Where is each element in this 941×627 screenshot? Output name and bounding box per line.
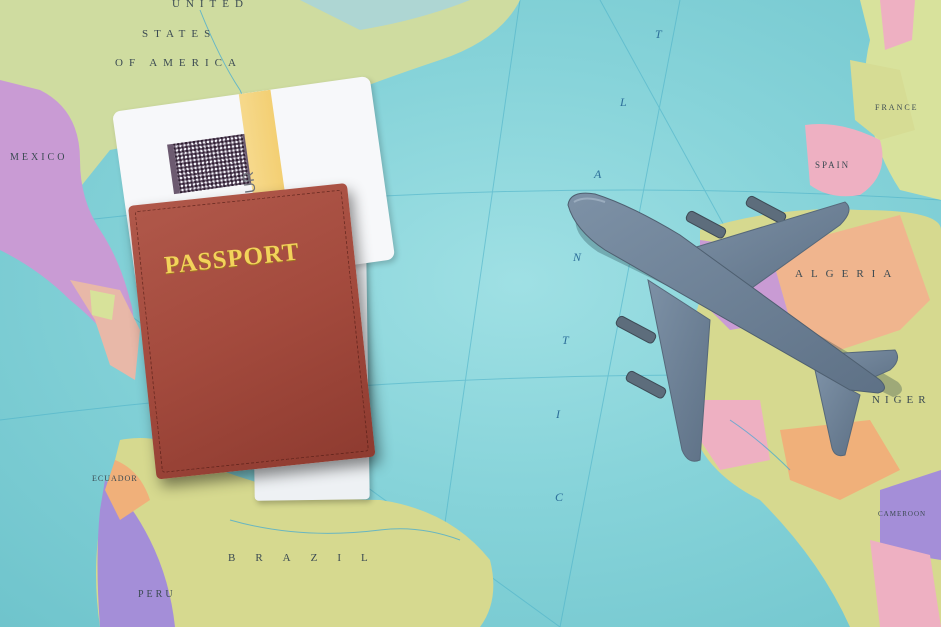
toy-airplane-icon: [560, 180, 920, 470]
map-label-mexico: MEXICO: [10, 152, 67, 163]
ocean-letter: C: [555, 490, 563, 505]
map-label-peru: PERU: [138, 589, 176, 600]
map-label-of-america: OF AMERICA: [115, 57, 242, 69]
map-label-states: STATES: [142, 28, 216, 40]
travel-photo: UNITED STATES OF AMERICA MEXICO BRAZIL P…: [0, 0, 941, 627]
map-label-ecuador: ECUADOR: [92, 474, 138, 483]
passport-title: PASSPORT: [163, 238, 301, 280]
ocean-letter: T: [655, 27, 662, 42]
map-label-brazil: BRAZIL: [228, 552, 388, 564]
map-label-cameroon: CAMEROON: [878, 510, 926, 518]
map-label-spain: SPAIN: [815, 160, 850, 170]
map-label-united: UNITED: [172, 0, 249, 10]
passport: PASSPORT: [128, 183, 376, 479]
map-label-france: FRANCE: [875, 103, 919, 112]
ocean-letter: L: [620, 95, 627, 110]
